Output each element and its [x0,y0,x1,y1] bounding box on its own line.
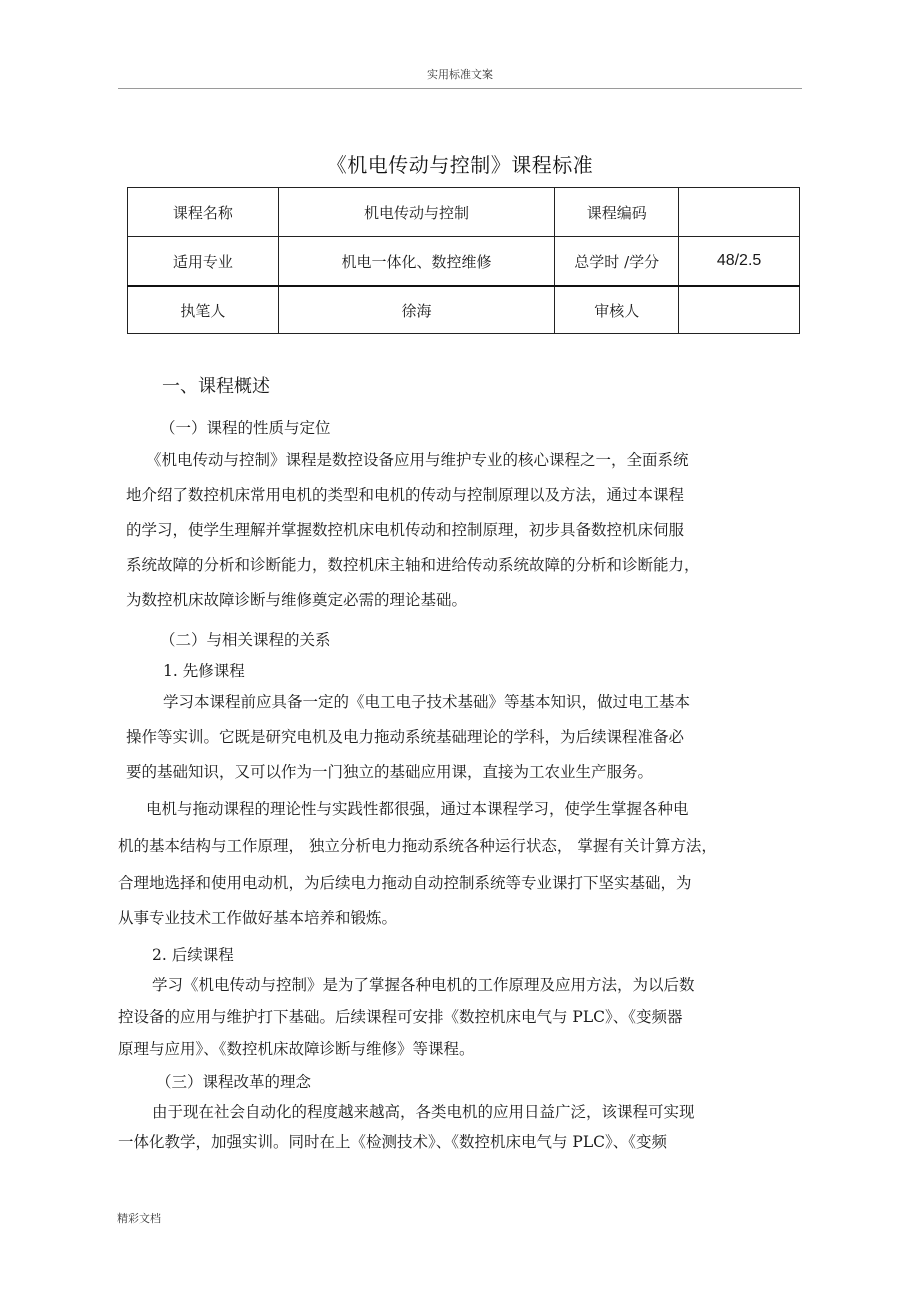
item-heading: 2. 后续课程 [152,943,234,965]
page-footer: 精彩文档 [117,1210,161,1226]
paragraph-line: 操作等实训。它既是研究电机及电力拖动系统基础理论的学科，为后续课程准备必 [126,725,684,747]
table-cell: 审核人 [555,286,679,334]
table-row: 课程名称 机电传动与控制 课程编码 [128,188,800,237]
table-cell: 执笔人 [128,286,279,334]
paragraph-line: 地介绍了数控机床常用电机的类型和电机的传动与控制原理以及方法，通过本课程 [126,483,684,505]
paragraph-line: 《机电传动与控制》课程是数控设备应用与维护专业的核心课程之一，全面系统 [146,448,689,470]
subsection-heading: （二）与相关课程的关系 [160,628,331,650]
subsection-heading: （三）课程改革的理念 [156,1070,311,1092]
table-cell [679,286,800,334]
table-cell: 48/2.5 [679,237,800,287]
paragraph-line: 学习本课程前应具备一定的《电工电子技术基础》等基本知识，做过电工基本 [163,690,690,712]
subsection-heading: （一）课程的性质与定位 [160,416,331,438]
paragraph-line: 电机与拖动课程的理论性与实践性都很强，通过本课程学习，使学生掌握各种电 [146,797,689,819]
table-cell: 课程编码 [555,188,679,237]
paragraph-line: 机的基本结构与工作原理， 独立分析电力拖动系统各种运行状态， 掌握有关计算方法， [118,834,717,856]
document-title: 《机电传动与控制》课程标准 [0,149,920,178]
paragraph-line: 控设备的应用与维护打下基础。后续课程可安排《数控机床电气与 PLC》、《变频器 [118,1005,683,1027]
course-info-table: 课程名称 机电传动与控制 课程编码 适用专业 机电一体化、数控维修 总学时 /学… [127,187,800,334]
item-heading: 1. 先修课程 [163,659,245,681]
table-cell: 机电传动与控制 [278,188,555,237]
table-row: 适用专业 机电一体化、数控维修 总学时 /学分 48/2.5 [128,237,800,287]
table-cell: 课程名称 [128,188,279,237]
table-row: 执笔人 徐海 审核人 [128,286,800,334]
paragraph-line: 从事专业技术工作做好基本培养和锻炼。 [118,906,397,928]
page-header: 实用标准文案 [0,66,920,82]
paragraph-line: 系统故障的分析和诊断能力，数控机床主轴和进给传动系统故障的分析和诊断能力， [126,553,700,575]
table-cell: 适用专业 [128,237,279,287]
paragraph-line: 由于现在社会自动化的程度越来越高，各类电机的应用日益广泛，该课程可实现 [152,1100,695,1122]
table-cell: 总学时 /学分 [555,237,679,287]
paragraph-line: 合理地选择和使用电动机，为后续电力拖动自动控制系统等专业课打下坚实基础，为 [118,871,692,893]
paragraph-line: 一体化教学，加强实训。同时在上《检测技术》、《数控机床电气与 PLC》、《变频 [118,1130,667,1152]
table-cell [679,188,800,237]
paragraph-line: 要的基础知识，又可以作为一门独立的基础应用课，直接为工农业生产服务。 [126,760,653,782]
paragraph-line: 原理与应用》、《数控机床故障诊断与维修》等课程。 [118,1037,475,1059]
paragraph-line: 学习《机电传动与控制》是为了掌握各种电机的工作原理及应用方法，为以后数 [152,973,695,995]
paragraph-line: 为数控机床故障诊断与维修奠定必需的理论基础。 [126,588,467,610]
paragraph-line: 的学习，使学生理解并掌握数控机床电机传动和控制原理，初步具备数控机床伺服 [126,518,684,540]
table-cell: 机电一体化、数控维修 [278,237,555,287]
table-cell: 徐海 [278,286,555,334]
section-heading: 一、课程概述 [162,372,270,398]
header-divider [118,88,802,89]
